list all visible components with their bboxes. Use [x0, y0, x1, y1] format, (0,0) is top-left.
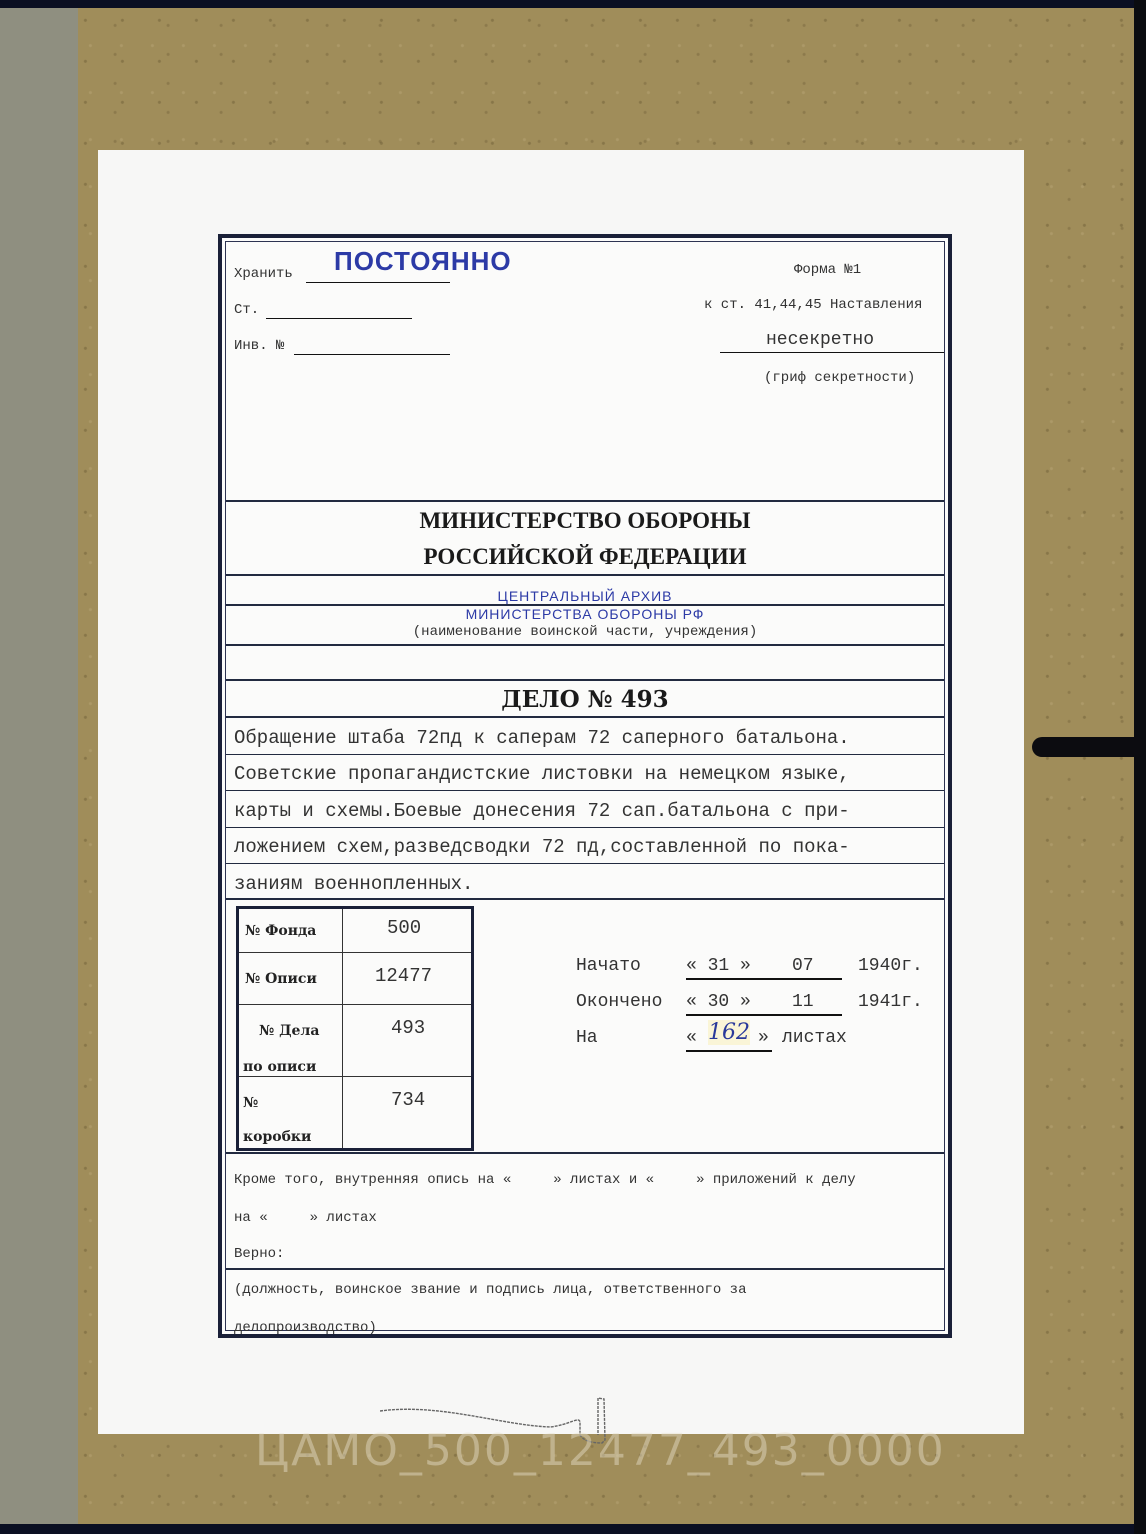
inventory-line: Кроме того, внутренняя опись на « » лист…: [234, 1172, 856, 1188]
ended-underline: [686, 1014, 842, 1016]
table-row: № коробки 734: [239, 1077, 471, 1148]
keep-stamp: ПОСТОЯННО: [334, 246, 512, 277]
divider: [226, 574, 944, 576]
ended-month: 11: [792, 992, 814, 1012]
keep-label: Хранить: [234, 266, 293, 282]
divider: [226, 898, 944, 900]
folder-spine: [0, 8, 80, 1524]
sheets-suffix: листах: [782, 1028, 847, 1048]
form-articles: к ст. 41,44,45 Наставления: [704, 297, 922, 313]
divider: [226, 644, 944, 646]
row-label: по описи: [243, 1059, 316, 1075]
row-value: 734: [391, 1089, 425, 1111]
row-label: № Дела: [259, 1023, 319, 1039]
row-value: 12477: [375, 965, 432, 987]
sheets-open-quote: «: [686, 1028, 697, 1048]
description-line: заниям военнопленных.: [234, 873, 473, 895]
classification-underline: [720, 352, 944, 353]
case-title: ДЕЛО № 493: [226, 686, 944, 713]
st-underline: [266, 318, 412, 319]
scan-id-watermark: ЦАМО_500_12477_493_0000: [255, 1425, 935, 1476]
row-value: 500: [387, 917, 421, 939]
divider: [226, 500, 944, 502]
table-row: № Фонда 500: [239, 909, 471, 953]
form-frame: Хранить ПОСТОЯННО Ст. Инв. № Форма №1 к …: [218, 234, 952, 1338]
sheets-underline: [686, 1050, 772, 1052]
keep-underline: [306, 282, 450, 283]
sheets-line: на « » листах: [234, 1210, 377, 1226]
unit-caption: (наименование воинской части, учреждения…: [226, 624, 944, 640]
row-label: №: [243, 1095, 258, 1111]
divider: [226, 754, 944, 755]
divider: [226, 827, 944, 828]
started-year: 1940г.: [858, 956, 923, 976]
sheets-prefix: На: [576, 1028, 598, 1048]
description-line: Обращение штаба 72пд к саперам 72 саперн…: [234, 727, 850, 749]
divider: [226, 1268, 944, 1270]
responsible-caption-2: делопроизводство): [234, 1320, 377, 1336]
divider: [226, 716, 944, 718]
ministry-line-2: РОССИЙСКОЙ ФЕДЕРАЦИИ: [226, 544, 944, 570]
started-day: « 31 »: [686, 956, 751, 976]
row-label: № Фонда: [245, 923, 316, 939]
scan-edge: [1134, 0, 1146, 1534]
row-value: 493: [391, 1017, 425, 1039]
description-line: ложением схем,разведсводки 72 пд,составл…: [234, 836, 850, 858]
classification-caption: (гриф секретности): [764, 370, 915, 386]
classification-value: несекретно: [766, 330, 874, 350]
divider: [226, 863, 944, 864]
inv-underline: [294, 354, 450, 355]
divider: [226, 1152, 944, 1154]
row-label: коробки: [243, 1129, 311, 1145]
archive-stamp-line-1: ЦЕНТРАЛЬНЫЙ АРХИВ: [226, 588, 944, 604]
divider: [226, 790, 944, 791]
folder-tie-string: [1032, 737, 1142, 757]
started-month: 07: [792, 956, 814, 976]
ended-day: « 30 »: [686, 992, 751, 1012]
inv-label: Инв. №: [234, 338, 284, 354]
table-row: № Описи 12477: [239, 953, 471, 1005]
ended-year: 1941г.: [858, 992, 923, 1012]
sheets-close-quote: »: [758, 1028, 769, 1048]
st-label: Ст.: [234, 302, 259, 318]
verified-label: Верно:: [234, 1246, 284, 1262]
sheets-count-handwritten: 162: [708, 1020, 750, 1045]
started-label: Начато: [576, 956, 641, 976]
archive-table: № Фонда 500 № Описи 12477 № Дела по опис…: [236, 906, 474, 1151]
description-line: карты и схемы.Боевые донесения 72 сап.ба…: [234, 800, 850, 822]
responsible-caption-1: (должность, воинское звание и подпись ли…: [234, 1282, 746, 1298]
started-underline: [686, 978, 842, 980]
archive-stamp-line-2: МИНИСТЕРСТВА ОБОРОНЫ РФ: [226, 606, 944, 622]
ended-label: Окончено: [576, 992, 662, 1012]
ministry-line-1: МИНИСТЕРСТВО ОБОРОНЫ: [226, 508, 944, 534]
divider: [226, 679, 944, 681]
table-row: № Дела по описи 493: [239, 1005, 471, 1077]
row-label: № Описи: [245, 971, 317, 987]
description-line: Советские пропагандистские листовки на н…: [234, 763, 850, 785]
form-number: Форма №1: [794, 262, 861, 278]
